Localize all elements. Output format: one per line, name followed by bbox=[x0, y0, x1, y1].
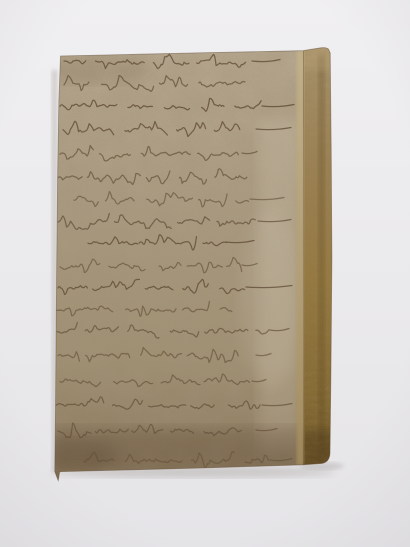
book-cover bbox=[40, 40, 310, 490]
hinge-highlight bbox=[297, 50, 304, 466]
book-photograph bbox=[0, 0, 410, 547]
book-photo-canvas bbox=[0, 0, 410, 547]
book bbox=[40, 40, 338, 490]
